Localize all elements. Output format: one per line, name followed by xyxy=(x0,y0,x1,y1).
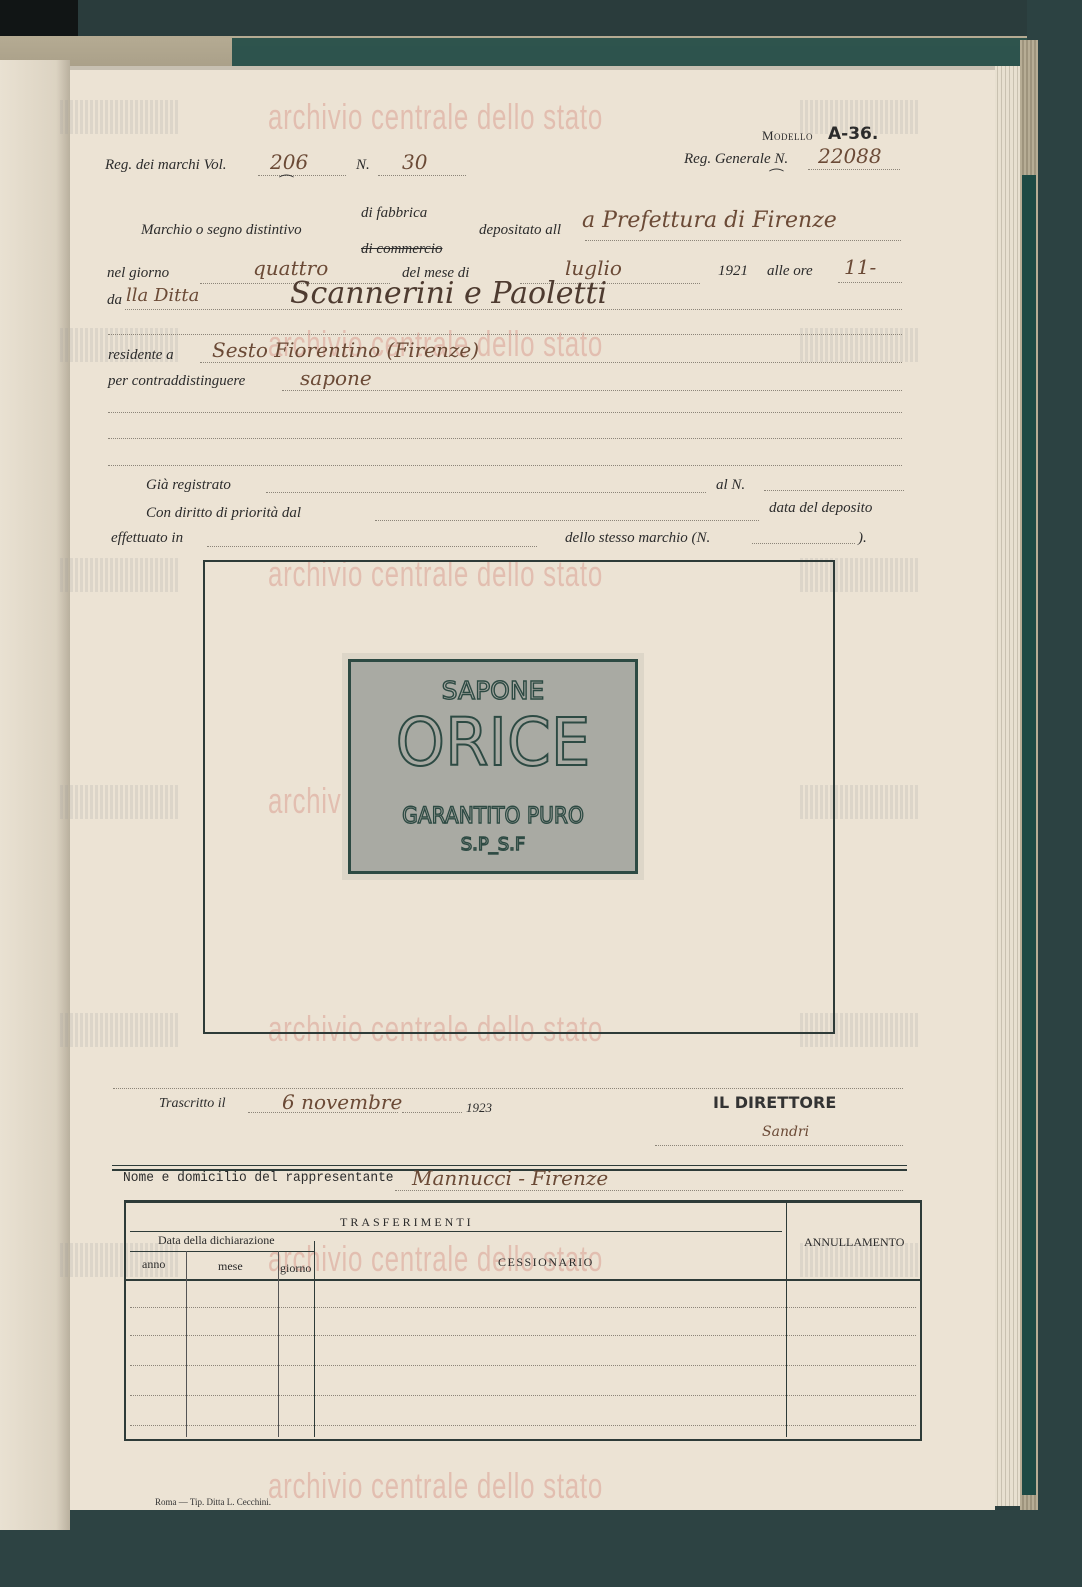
model-label: Modello xyxy=(762,128,813,144)
watermark: archivio centrale dello stato xyxy=(268,1465,603,1507)
reg-generale-label: Reg. Generale N. xyxy=(684,151,788,168)
priorita-label: Con diritto di priorità dal xyxy=(146,505,301,522)
residente-label: residente a xyxy=(108,347,174,364)
column-cessionario: CESSIONARIO xyxy=(498,1255,594,1270)
field-line xyxy=(258,175,346,176)
direttore-label: IL DIRETTORE xyxy=(713,1093,836,1112)
stesso-marchio-close: ). xyxy=(858,530,867,547)
flourish-ornament: ⁀ xyxy=(770,168,783,188)
depositato-value: a Prefettura di Firenze xyxy=(582,208,837,233)
binding-green-cloth xyxy=(232,38,1032,66)
watermark-logo xyxy=(60,558,180,592)
trademark-line-sapone: SAPONE xyxy=(351,676,635,705)
commercio-label: di commercio xyxy=(361,241,443,258)
book-cover-bottom xyxy=(0,1510,1082,1587)
marchio-label: Marchio o segno distintivo xyxy=(141,222,302,239)
flourish-ornament: ⁀ xyxy=(280,174,293,194)
field-line xyxy=(200,362,902,363)
table-row xyxy=(130,1395,916,1396)
n-value: 30 xyxy=(402,150,427,174)
column-annullamento: ANNULLAMENTO xyxy=(804,1235,904,1250)
watermark-logo xyxy=(60,100,180,134)
contraddistinguere-value: sapone xyxy=(300,366,372,390)
field-line xyxy=(378,175,466,176)
table-title: TRASFERIMENTI xyxy=(340,1215,474,1230)
al-n-label: al N. xyxy=(716,477,745,494)
field-line xyxy=(113,1088,903,1089)
field-line xyxy=(207,546,537,547)
table-row xyxy=(130,1335,916,1336)
field-line xyxy=(838,282,902,283)
watermark: archivio centrale dello stato xyxy=(268,96,603,138)
field-line xyxy=(752,543,855,544)
data-deposito-label: data del deposito xyxy=(769,500,872,517)
ore-label: alle ore xyxy=(767,263,813,280)
reg-marchi-vol: 206 xyxy=(270,150,308,174)
field-line xyxy=(395,1190,903,1191)
trascritto-year: 1923 xyxy=(466,1100,492,1116)
stesso-marchio-label: dello stesso marchio (N. xyxy=(565,530,710,547)
trademark-brand-orice: ORICE xyxy=(358,704,628,781)
trascritto-value: 6 novembre xyxy=(282,1090,402,1114)
field-line xyxy=(585,240,901,241)
trademark-line-garantito: GARANTITO PURO xyxy=(362,804,623,829)
printer-credit: Roma — Tip. Ditta L. Cecchini. xyxy=(155,1497,271,1507)
background-shadow xyxy=(0,0,78,40)
table-row xyxy=(130,1307,916,1308)
ditta-value: Scannerini e Paoletti xyxy=(290,276,607,311)
field-line xyxy=(108,438,902,439)
date-group-header: Data della dichiarazione xyxy=(158,1233,275,1248)
fabbrica-label: di fabbrica xyxy=(361,205,427,222)
model-code: A-36. xyxy=(828,124,878,144)
field-line xyxy=(108,334,902,335)
depositato-label: depositato all xyxy=(479,222,561,239)
trademark-initials: S.P_S.F xyxy=(351,834,635,855)
director-signature: Sandri xyxy=(762,1124,809,1140)
field-line xyxy=(402,1112,462,1113)
book-spine-green xyxy=(1022,175,1036,1495)
watermark-logo xyxy=(60,1013,180,1047)
trascritto-label: Trascritto il xyxy=(159,1096,226,1112)
field-line xyxy=(266,492,706,493)
representative-label: Nome e domicilio del rappresentante xyxy=(123,1170,394,1186)
column-mese: mese xyxy=(218,1259,243,1274)
field-line xyxy=(108,465,902,466)
anno-value: 1921 xyxy=(718,263,748,280)
watermark-logo xyxy=(60,785,180,819)
dalla-prefix: lla Ditta xyxy=(126,285,199,306)
reg-generale-value: 22088 xyxy=(818,144,882,168)
field-line xyxy=(282,390,902,391)
residente-value: Sesto Fiorentino (Firenze) xyxy=(212,338,479,362)
gia-registrato-label: Già registrato xyxy=(146,477,231,494)
giorno-label: nel giorno xyxy=(107,265,169,282)
representative-value: Mannucci - Firenze xyxy=(412,1166,608,1190)
n-label: N. xyxy=(356,157,370,174)
transfers-table: TRASFERIMENTI Data della dichiarazione a… xyxy=(124,1200,922,1441)
table-row xyxy=(130,1425,916,1426)
trademark-label: SAPONE ORICE GARANTITO PURO S.P_S.F xyxy=(348,659,638,874)
field-line xyxy=(375,520,759,521)
contraddistinguere-label: per contraddistinguere xyxy=(108,373,245,390)
ore-value: 11- xyxy=(844,255,876,279)
effettuato-label: effettuato in xyxy=(111,530,183,547)
field-line xyxy=(108,412,902,413)
reg-marchi-label: Reg. dei marchi Vol. xyxy=(105,157,227,174)
table-row xyxy=(130,1365,916,1366)
column-anno: anno xyxy=(142,1257,165,1272)
signature-line xyxy=(655,1145,903,1146)
dalla-label: da xyxy=(107,292,122,309)
column-giorno: giorno xyxy=(280,1261,311,1276)
field-line xyxy=(764,490,904,491)
field-line xyxy=(808,169,900,170)
